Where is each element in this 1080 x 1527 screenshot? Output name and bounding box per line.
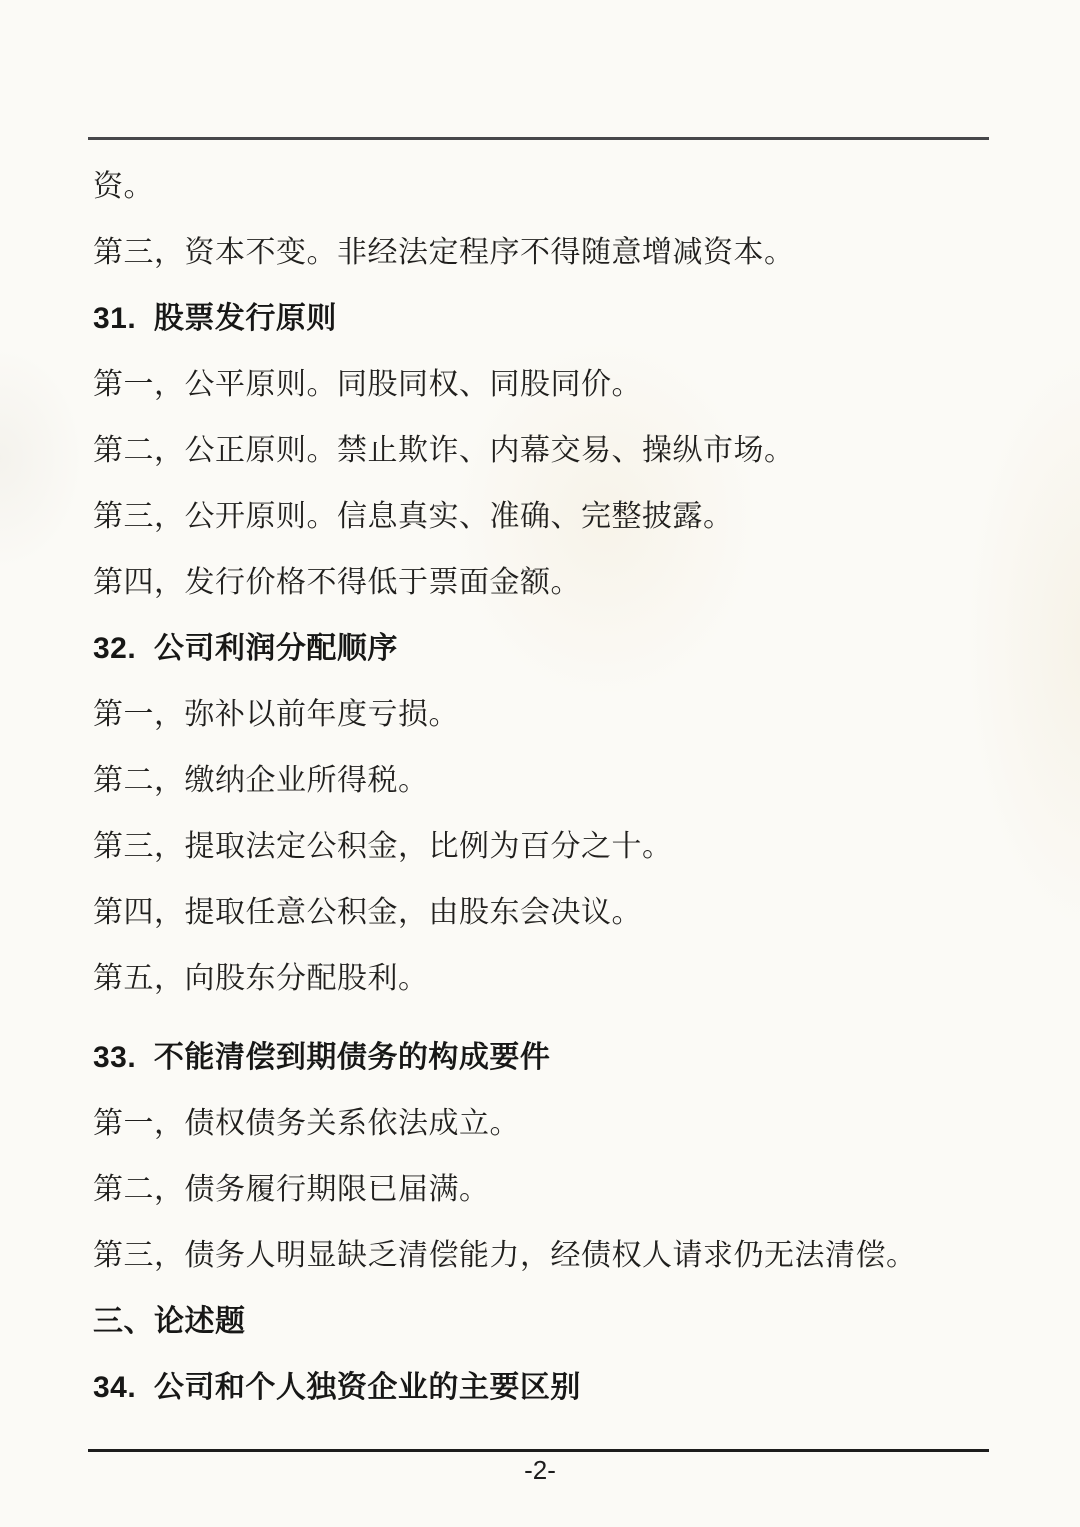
paragraph-line: 第一，公平原则。同股同权、同股同价。	[93, 370, 988, 400]
header-rule	[88, 137, 989, 140]
paragraph-line: 第二，公正原则。禁止欺诈、内幕交易、操纵市场。	[93, 436, 988, 466]
paragraph-line: 第三，债务人明显缺乏清偿能力，经债权人请求仍无法清偿。	[93, 1241, 988, 1271]
paragraph-line: 第二，债务履行期限已届满。	[93, 1175, 988, 1205]
section-heading: 31. 股票发行原则	[93, 304, 988, 334]
paragraph-line: 第四，发行价格不得低于票面金额。	[93, 568, 988, 598]
paragraph-line: 第三，提取法定公积金，比例为百分之十。	[93, 832, 988, 862]
section-heading: 33. 不能清偿到期债务的构成要件	[93, 1030, 988, 1073]
footer-rule	[88, 1449, 989, 1452]
paragraph-line: 第三，公开原则。信息真实、准确、完整披露。	[93, 502, 988, 532]
section-heading: 32. 公司利润分配顺序	[93, 634, 988, 664]
page-content: 资。 第三，资本不变。非经法定程序不得随意增减资本。 31. 股票发行原则 第一…	[93, 157, 988, 1439]
paragraph-line: 第三，资本不变。非经法定程序不得随意增减资本。	[93, 238, 988, 268]
paragraph-line: 第五，向股东分配股利。	[93, 964, 988, 994]
paragraph-line: 第一，弥补以前年度亏损。	[93, 700, 988, 730]
paragraph-line: 资。	[93, 172, 988, 202]
section-heading: 三、论述题	[93, 1307, 988, 1337]
paragraph-line: 第一，债权债务关系依法成立。	[93, 1109, 988, 1139]
page-number: -2-	[0, 1457, 1080, 1483]
document-page: 资。 第三，资本不变。非经法定程序不得随意增减资本。 31. 股票发行原则 第一…	[0, 0, 1080, 1527]
paragraph-line: 第二，缴纳企业所得税。	[93, 766, 988, 796]
paragraph-line: 第四，提取任意公积金，由股东会决议。	[93, 898, 988, 928]
section-heading: 34. 公司和个人独资企业的主要区别	[93, 1373, 988, 1403]
